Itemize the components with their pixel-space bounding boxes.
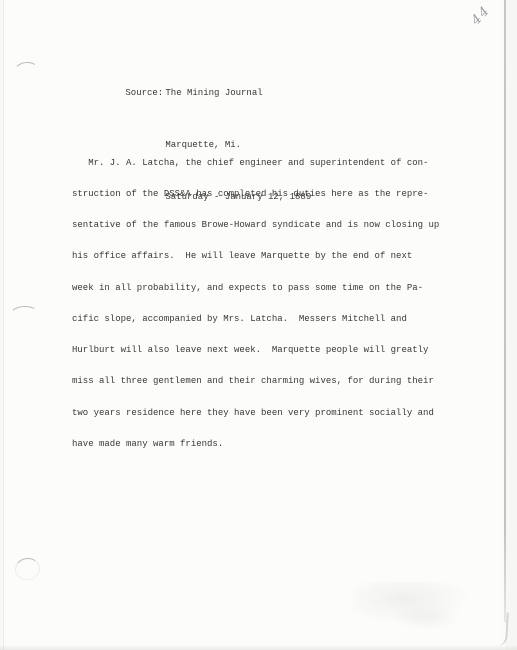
article-line: Mr. J. A. Latcha, the chief engineer and… [72,158,439,168]
article-text: Mr. J. A. Latcha, the chief engineer and… [72,137,439,470]
page-left-edge-line [3,0,4,650]
source-label: Source: [125,88,165,98]
article-line: week in all probability, and expects to … [72,283,439,293]
article-line: have made many warm friends. [72,439,439,449]
source-line-publication: Source:The Mining Journal [93,78,311,109]
scanned-document-page: 44 Source:The Mining Journal Marquette, … [0,0,517,650]
bottom-edge-shadow [0,645,517,650]
scan-smudge [392,605,462,631]
article-line: his office affairs. He will leave Marque… [72,251,439,261]
page-right-edge-line [504,0,506,622]
article-line: two years residence here they have been … [72,408,439,418]
punch-hole-mark-middle [9,305,38,323]
handwritten-page-number: 44 [469,3,494,28]
article-line: Hurlburt will also leave next week. Marq… [72,345,439,355]
source-publication: The Mining Journal [165,88,262,98]
article-line: cific slope, accompanied by Mrs. Latcha.… [72,314,439,324]
article-line: struction of the DSS&A has completed his… [72,189,439,199]
article-line: miss all three gentlemen and their charm… [72,376,439,386]
article-line: sentative of the famous Browe-Howard syn… [72,220,439,230]
page-right-edge-curl [497,612,509,646]
punch-hole-mark-top [13,61,40,82]
punch-hole-mark-bottom [14,556,42,581]
